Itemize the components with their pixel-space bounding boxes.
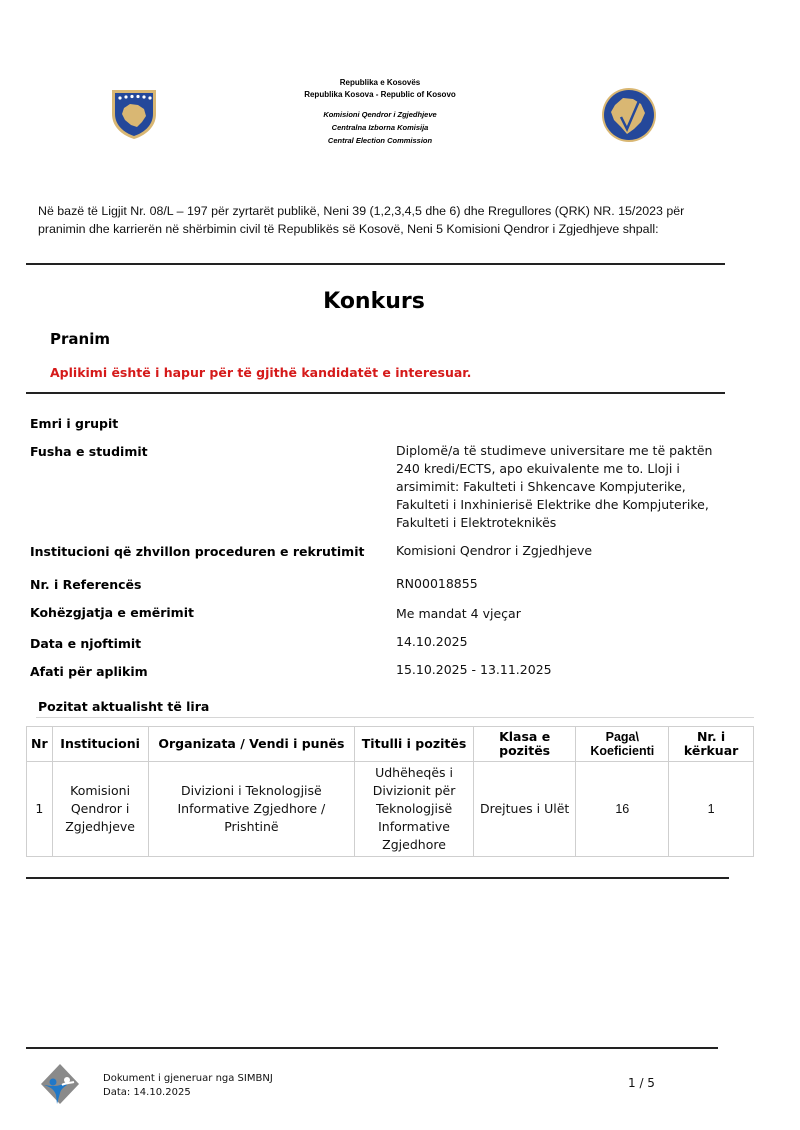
field-value-reference-number: RN00018855 xyxy=(396,575,478,593)
field-label-appointment-duration: Kohëzgjatja e emërimit xyxy=(30,605,194,620)
cell-position-class: Drejtues i Ulët xyxy=(473,762,576,857)
field-label-recruiting-institution: Institucioni që zhvillon proceduren e re… xyxy=(30,544,364,559)
footer-divider xyxy=(26,1047,718,1049)
cell-salary-coefficient: 16 xyxy=(576,762,669,857)
page-number: 1 / 5 xyxy=(628,1076,655,1090)
field-value-application-deadline: 15.10.2025 - 13.11.2025 xyxy=(396,661,552,679)
institution-name-line: Komisioni Qendror i Zgjedhjeve xyxy=(280,108,480,121)
table-header-row: Nr Institucioni Organizata / Vendi i pun… xyxy=(27,727,754,762)
table-row: 1 Komisioni Qendror i Zgjedhjeve Divizio… xyxy=(27,762,754,857)
competition-type: Pranim xyxy=(50,330,110,348)
legal-basis-text: Në bazë të Ligjit Nr. 08/L – 197 për zyr… xyxy=(38,202,728,238)
country-name-line: Republika e Kosovës xyxy=(280,77,480,89)
generated-by-text: Dokument i gjeneruar nga SIMBNJ xyxy=(103,1072,273,1086)
cell-institution: Komisioni Qendror i Zgjedhjeve xyxy=(52,762,148,857)
generated-date-text: Data: 14.10.2025 xyxy=(103,1086,273,1100)
institution-name-line: Central Election Commission xyxy=(280,134,480,147)
divider xyxy=(26,392,725,394)
field-value-appointment-duration: Me mandat 4 vjeçar xyxy=(396,605,521,623)
divider xyxy=(26,877,729,879)
cell-organization: Divizioni i Teknologjisë Informative Zgj… xyxy=(148,762,355,857)
field-label-announcement-date: Data e njoftimit xyxy=(30,636,141,651)
cec-kosovo-map-checkmark-logo-icon xyxy=(601,87,657,143)
cell-required-count: 1 xyxy=(669,762,754,857)
field-label-application-deadline: Afati për aplikim xyxy=(30,664,148,679)
field-value-announcement-date: 14.10.2025 xyxy=(396,633,468,651)
vacant-positions-table: Nr Institucioni Organizata / Vendi i pun… xyxy=(26,726,754,857)
column-header-position-title: Titulli i pozitës xyxy=(355,727,474,762)
document-letterhead: Republika e Kosovës Republika Kosova - R… xyxy=(280,77,480,147)
field-value-recruiting-institution: Komisioni Qendror i Zgjedhjeve xyxy=(396,542,592,560)
field-label-reference-number: Nr. i Referencës xyxy=(30,577,141,592)
page-title: Konkurs xyxy=(0,289,748,314)
simbnj-logo-icon xyxy=(40,1063,80,1105)
field-value-field-of-study: Diplomë/a të studimeve universitare me t… xyxy=(396,442,736,532)
divider xyxy=(26,263,725,265)
divider xyxy=(36,717,754,718)
field-label-field-of-study: Fusha e studimit xyxy=(30,444,148,459)
column-header-organization: Organizata / Vendi i punës xyxy=(148,727,355,762)
column-header-salary-coefficient: Paga\ Koeficienti xyxy=(576,727,669,762)
column-header-required-count: Nr. i kërkuar xyxy=(669,727,754,762)
column-header-position-class: Klasa e pozitës xyxy=(473,727,576,762)
cell-nr: 1 xyxy=(27,762,53,857)
application-notice: Aplikimi është i hapur për të gjithë kan… xyxy=(50,365,471,380)
institution-name-line: Centralna Izborna Komisija xyxy=(280,121,480,134)
kosovo-coat-of-arms-icon xyxy=(110,88,158,140)
vacant-positions-heading: Pozitat aktualisht të lira xyxy=(38,699,209,714)
column-header-institution: Institucioni xyxy=(52,727,148,762)
column-header-nr: Nr xyxy=(27,727,53,762)
cell-position-title: Udhëheqës i Divizionit për Teknologjisë … xyxy=(355,762,474,857)
country-name-line: Republika Kosova - Republic of Kosovo xyxy=(280,89,480,101)
field-label-group-name: Emri i grupit xyxy=(30,416,118,431)
footer-info: Dokument i gjeneruar nga SIMBNJ Data: 14… xyxy=(103,1072,273,1100)
